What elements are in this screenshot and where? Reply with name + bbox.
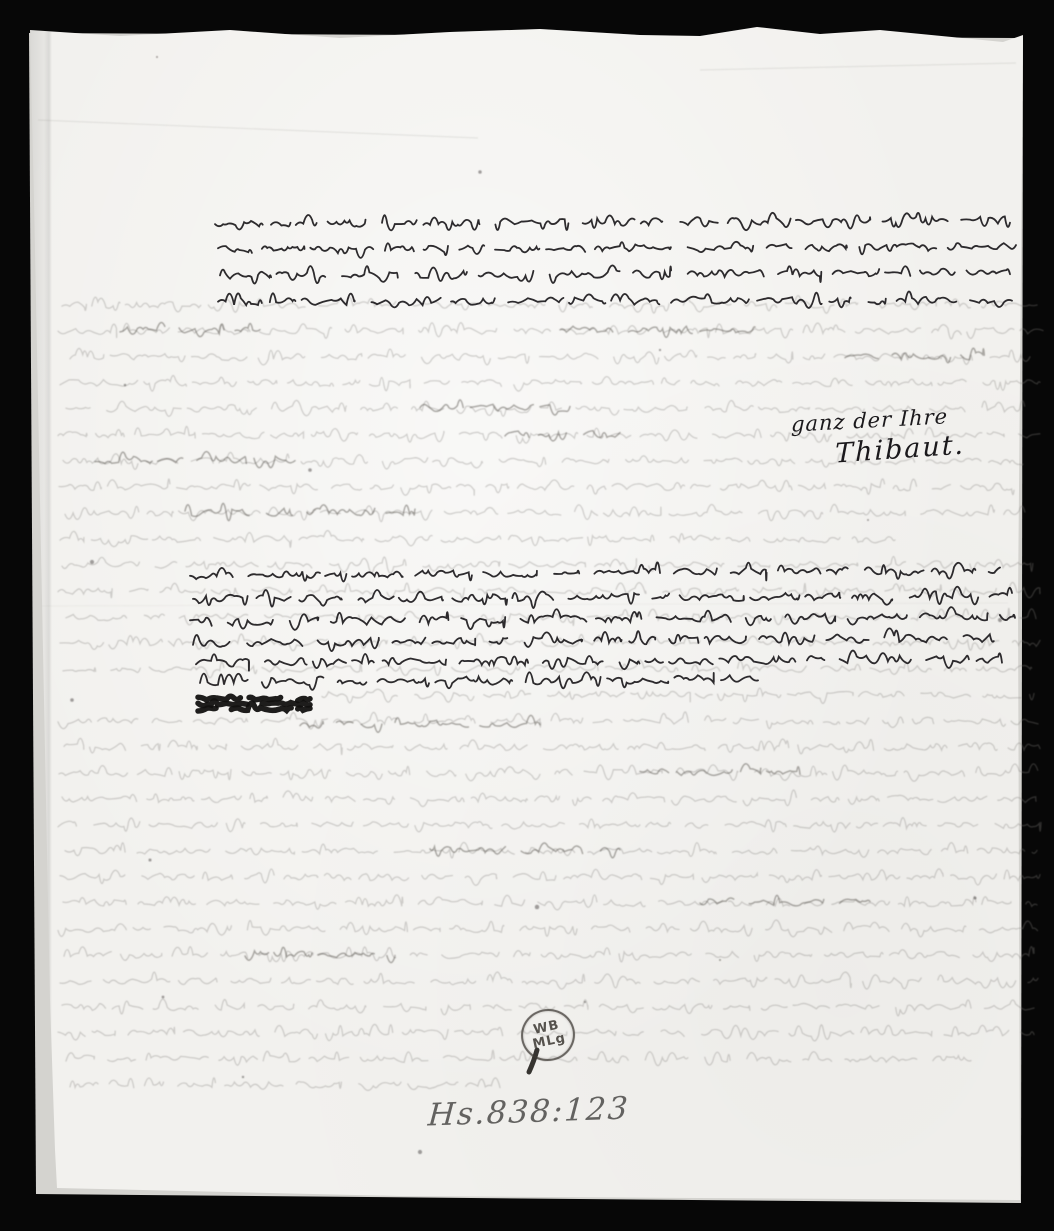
signature-name: Thibaut. [835, 429, 965, 469]
scan-background: ganz der Ihre Thibaut. WB MLg Hs.838:123 [0, 0, 1054, 1231]
signature-block: ganz der Ihre Thibaut. [791, 408, 965, 465]
archive-shelfmark: Hs.838:123 [427, 1090, 631, 1133]
